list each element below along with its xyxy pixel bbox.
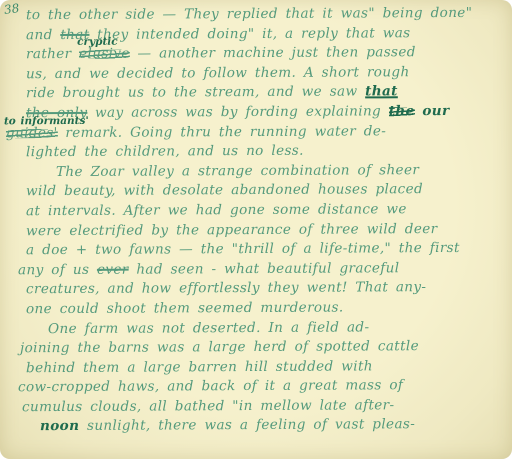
inserted-word: cryptic	[77, 33, 118, 53]
manuscript-line: at intervals. After we had gone some dis…	[0, 200, 510, 222]
text-segment: noon	[40, 418, 79, 434]
text-segment: — another machine just then passed	[130, 44, 416, 61]
text-segment: creatures, and how effortlessly they wen…	[26, 279, 426, 297]
text-segment: cumulus clouds, all bathed "in mellow la…	[22, 397, 395, 415]
manuscript-body: to the other side — They replied that it…	[0, 5, 510, 436]
text-segment: were electrified by the appearance of th…	[26, 221, 438, 239]
text-segment: guides'to informants'	[6, 125, 58, 141]
text-segment: a doe + two fawns — the "thrill of a lif…	[26, 240, 460, 258]
text-segment: they intended doing" it, a reply that wa…	[89, 25, 410, 43]
manuscript-line: a doe + two fawns — the "thrill of a lif…	[0, 239, 510, 261]
text-segment: The Zoar valley a strange combination of…	[56, 162, 419, 180]
text-segment: joining the barns was a large herd of sp…	[20, 338, 419, 356]
manuscript-line: noon sunlight, there was a feeling of va…	[0, 415, 510, 437]
text-segment: our	[422, 103, 449, 119]
manuscript-line: lighted the children, and us no less.	[0, 141, 510, 163]
text-segment: to the other side — They replied that it…	[26, 5, 472, 23]
text-segment: cow-cropped haws, and back of it a great…	[18, 378, 403, 396]
manuscript-line: wild beauty, with desolate abandoned hou…	[0, 180, 510, 202]
manuscript-line: rather elusivecryptic — another machine …	[0, 43, 510, 65]
text-segment: One farm was not deserted. In a field ad…	[48, 319, 369, 337]
text-segment: ride brought us to the stream, and we sa…	[26, 84, 365, 102]
text-segment: sunlight, there was a feeling of vast pl…	[79, 417, 415, 435]
text-segment: ever	[97, 261, 129, 277]
text-segment: that	[365, 84, 398, 100]
manuscript-line: ride brought us to the stream, and we sa…	[0, 82, 510, 104]
manuscript-page: 38 to the other side — They replied that…	[0, 0, 512, 459]
text-segment: had seen - what beautiful graceful	[129, 260, 400, 277]
text-segment: one could shoot them seemed murderous.	[26, 299, 344, 317]
text-segment: rather	[26, 46, 79, 62]
text-segment: us, and we decided to follow them. A sho…	[26, 64, 410, 82]
text-segment: lighted the children, and us no less.	[26, 143, 304, 160]
text-segment: behind them a large barren hill studded …	[26, 358, 373, 376]
manuscript-line: to the other side — They replied that it…	[0, 4, 510, 26]
text-segment: wild beauty, with desolate abandoned hou…	[26, 181, 423, 199]
manuscript-line: one could shoot them seemed murderous.	[0, 298, 510, 320]
text-segment: remark. Going thru the running water de-	[58, 123, 387, 141]
manuscript-line: creatures, and how effortlessly they wen…	[0, 278, 510, 300]
text-segment: way across was by fording explaining	[87, 103, 389, 121]
manuscript-line: joining the barns was a large herd of sp…	[0, 337, 510, 359]
manuscript-line: cow-cropped haws, and back of it a great…	[0, 376, 510, 398]
text-segment: any of us	[18, 262, 97, 278]
text-segment: the	[389, 103, 415, 119]
text-segment: elusivecryptic	[79, 46, 130, 62]
text-segment: at intervals. After we had gone some dis…	[26, 201, 407, 219]
text-segment: and	[26, 27, 60, 43]
screenshot-stage: 38 to the other side — They replied that…	[0, 0, 512, 459]
